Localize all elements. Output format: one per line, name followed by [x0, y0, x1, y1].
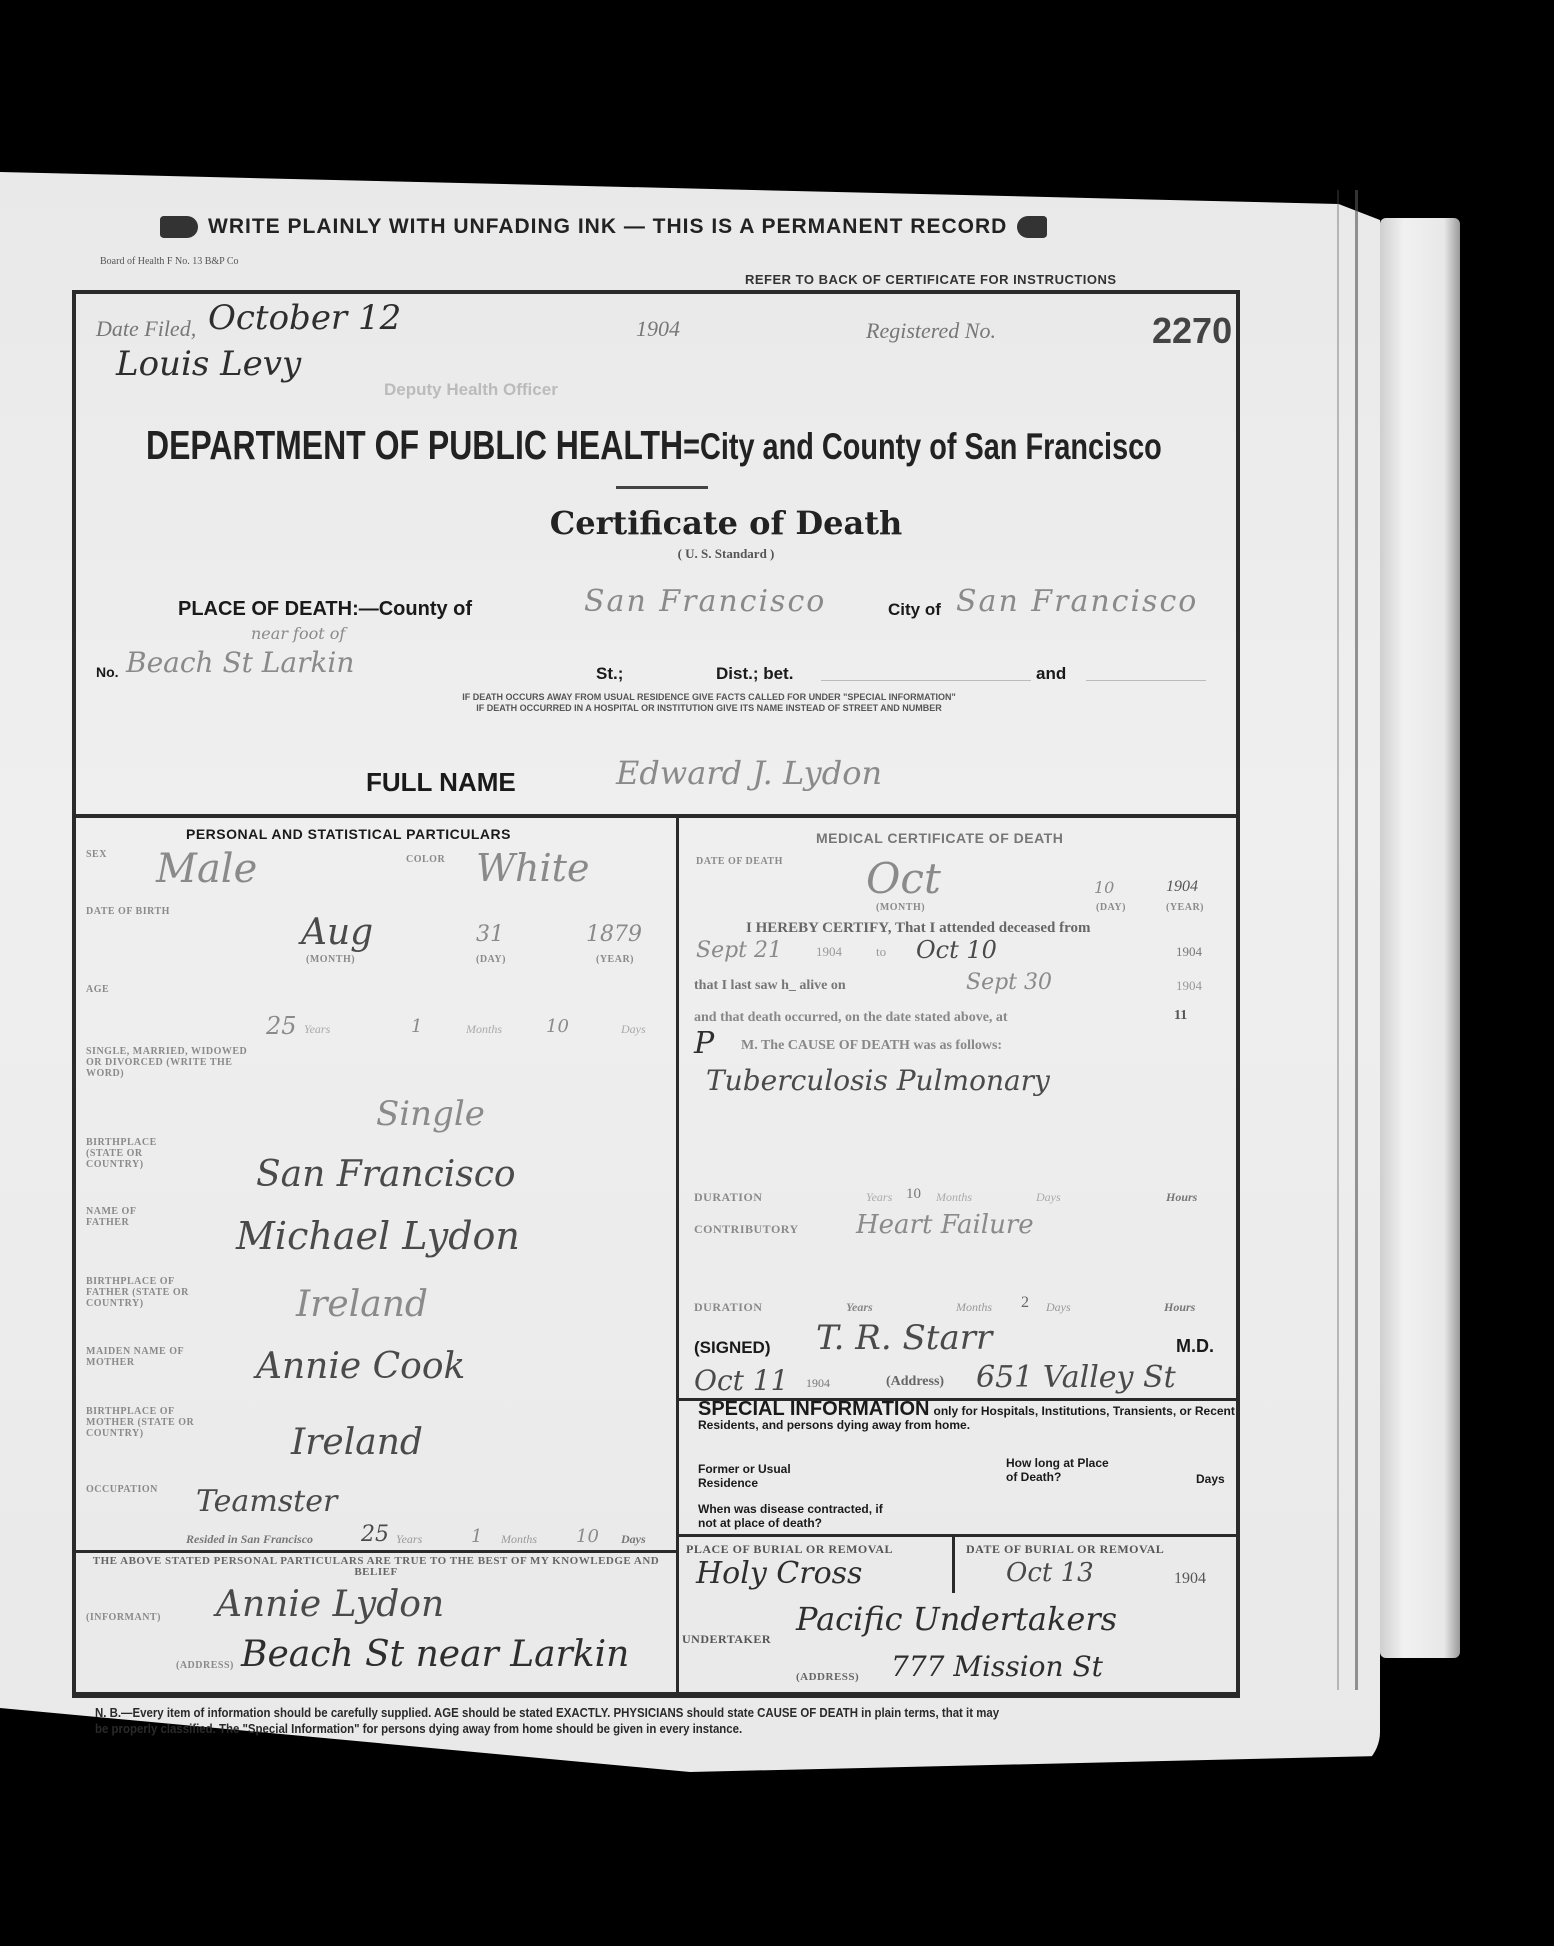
certify-text: I HEREBY CERTIFY, That I attended deceas…: [746, 920, 1091, 937]
undertaker-name: Pacific Undertakers: [796, 1600, 1117, 1638]
duration-value: 10: [906, 1186, 921, 1203]
marital-value: Single: [376, 1094, 485, 1134]
contributory-value: Heart Failure: [856, 1210, 1034, 1240]
pointing-hand-icon: [1017, 216, 1047, 238]
sex-value: Male: [156, 846, 257, 892]
street-value: Beach St Larkin: [126, 646, 354, 679]
age-label: AGE: [86, 984, 109, 995]
undertaker-address: 777 Mission St: [891, 1650, 1103, 1683]
death-day: 10: [1094, 878, 1114, 897]
dob-day: 31: [476, 922, 504, 947]
undertaker-label: UNDERTAKER: [682, 1634, 771, 1645]
officer-signature: Louis Levy: [116, 344, 301, 384]
death-month: Oct: [866, 854, 941, 903]
duration-hours-caption: Hours: [1164, 1300, 1195, 1315]
place-instructions: IF DEATH OCCURS AWAY FROM USUAL RESIDENC…: [234, 692, 1184, 714]
binding-line: [1337, 190, 1339, 1690]
age-days: 10: [546, 1016, 569, 1037]
city-label: City of: [888, 600, 941, 620]
footnote: N. B.—Every item of information should b…: [95, 1705, 1010, 1737]
resided-years: 25: [361, 1522, 389, 1547]
burial-date: Oct 13: [1006, 1558, 1094, 1588]
informant-label: (Informant): [86, 1612, 161, 1623]
divider: [676, 1534, 1240, 1537]
attended-from-year: 1904: [816, 944, 842, 960]
death-date-label: DATE OF DEATH: [696, 856, 783, 867]
medical-heading: MEDICAL CERTIFICATE OF DEATH: [816, 830, 1063, 846]
banner: WRITE PLAINLY WITH UNFADING INK — THIS I…: [160, 215, 1210, 239]
special-heading: SPECIAL INFORMATION: [698, 1398, 929, 1420]
day-caption: (Day): [476, 954, 506, 965]
duration-months-caption: Months: [956, 1300, 992, 1315]
md-label: M.D.: [1176, 1336, 1214, 1357]
duration-value-2: 2: [1021, 1294, 1029, 1312]
duration-years-caption: Years: [866, 1190, 892, 1205]
color-value: White: [476, 846, 589, 890]
divider: [616, 486, 708, 489]
death-hour: 11: [1174, 1008, 1187, 1024]
physician-address-label: (Address): [886, 1374, 944, 1390]
duration-label-2: DURATION: [694, 1302, 762, 1313]
informant-address-label: (Address): [176, 1660, 234, 1671]
signed-label: (SIGNED): [694, 1338, 771, 1358]
duration-days-caption: Days: [1046, 1300, 1071, 1315]
date-filed-value: October 12: [208, 298, 401, 338]
signed-year: 1904: [806, 1376, 830, 1391]
burial-date-label: DATE of BURIAL or REMOVAL: [966, 1544, 1164, 1555]
dob-year: 1879: [586, 922, 642, 947]
officer-title: Deputy Health Officer: [384, 380, 558, 400]
informant-statement: THE ABOVE STATED PERSONAL PARTICULARS AR…: [86, 1556, 666, 1578]
day-caption: (Day): [1096, 902, 1126, 913]
signed-date: Oct 11: [694, 1364, 788, 1397]
contributory-label: CONTRIBUTORY: [694, 1224, 799, 1235]
how-long-label: How long at Place of Death?: [1006, 1456, 1116, 1484]
year-caption: (Year): [596, 954, 634, 965]
age-months-caption: Months: [466, 1022, 502, 1037]
duration-years-caption: Years: [846, 1300, 873, 1315]
instruction-line: IF DEATH OCCURRED IN A HOSPITAL OR INSTI…: [234, 703, 1184, 714]
informant-address: Beach St near Larkin: [241, 1634, 629, 1675]
undertaker-address-label: (Address): [796, 1672, 859, 1683]
certificate-title: Certificate of Death: [476, 504, 976, 542]
department-title: DEPARTMENT OF PUBLIC HEALTH=City and Cou…: [146, 422, 1162, 469]
duration-months-caption: Months: [936, 1190, 972, 1205]
duration-label: DURATION: [694, 1192, 762, 1203]
place-of-death-label: PLACE OF DEATH:—County of: [178, 598, 472, 621]
resided-years-caption: Years: [396, 1532, 422, 1547]
and-line: [1086, 680, 1206, 681]
occupation-label: OCCUPATION: [86, 1484, 158, 1495]
death-time-text: and that death occurred, on the date sta…: [694, 1010, 1008, 1026]
instructions-ref: REFER TO BACK OF CERTIFICATE FOR INSTRUC…: [745, 272, 1117, 287]
attended-to: Oct 10: [916, 936, 997, 964]
to-label: to: [876, 944, 886, 960]
birthplace-value: San Francisco: [256, 1154, 516, 1195]
age-days-caption: Days: [621, 1022, 646, 1037]
informant-name: Annie Lydon: [216, 1584, 444, 1625]
month-caption: (Month): [306, 954, 355, 965]
pointing-hand-icon: [160, 216, 198, 238]
age-years: 25: [266, 1012, 297, 1040]
resided-months-caption: Months: [501, 1532, 537, 1547]
department-name: DEPARTMENT OF PUBLIC HEALTH: [146, 422, 683, 468]
attended-from: Sept 21: [696, 938, 782, 963]
special-info-block: SPECIAL INFORMATION only for Hospitals, …: [698, 1402, 1238, 1432]
father-label: NAME OF FATHER: [86, 1206, 176, 1228]
physician-signature: T. R. Starr: [816, 1318, 992, 1358]
contracted-label: When was disease contracted, if not at p…: [698, 1502, 888, 1530]
and-label: and: [1036, 664, 1066, 684]
form-code: Board of Health F No. 13 B&P Co: [100, 256, 239, 267]
attended-to-year: 1904: [1176, 944, 1202, 960]
dob-label: DATE OF BIRTH: [86, 906, 170, 917]
next-page-edge: [1380, 218, 1460, 1658]
personal-heading: PERSONAL AND STATISTICAL PARTICULARS: [186, 826, 511, 842]
divider: [72, 814, 1240, 818]
mother-value: Annie Cook: [256, 1346, 465, 1387]
mother-label: MAIDEN NAME OF MOTHER: [86, 1346, 196, 1368]
divider: [72, 1550, 676, 1553]
city-value: San Francisco: [956, 584, 1198, 619]
occupation-value: Teamster: [196, 1484, 337, 1519]
divider: [952, 1537, 955, 1593]
sex-label: SEX: [86, 849, 107, 860]
street-note: near foot of: [251, 624, 345, 643]
dob-month: Aug: [301, 912, 373, 953]
binding-line: [1355, 190, 1358, 1690]
last-seen-year: 1904: [1176, 978, 1202, 994]
last-seen: Sept 30: [966, 970, 1052, 995]
instruction-line: IF DEATH OCCURS AWAY FROM USUAL RESIDENC…: [234, 692, 1184, 703]
death-year: 1904: [1166, 878, 1198, 896]
county-value: San Francisco: [584, 584, 826, 619]
age-years-caption: Years: [304, 1022, 330, 1037]
mother-birthplace-label: BIRTHPLACE OF MOTHER (State or Country): [86, 1406, 196, 1439]
resided-days-caption: Days: [621, 1532, 646, 1547]
birthplace-label: BIRTHPLACE (State or Country): [86, 1137, 196, 1170]
age-months: 1: [411, 1016, 422, 1037]
marital-label: SINGLE, MARRIED, WIDOWED OR DIVORCED (Wr…: [86, 1046, 266, 1079]
physician-address: 651 Valley St: [976, 1360, 1176, 1395]
certificate-form: Date Filed, October 12 1904 Registered N…: [72, 290, 1240, 1698]
resided-days: 10: [576, 1526, 599, 1547]
jurisdiction: =City and County of San Francisco: [683, 426, 1162, 467]
registered-label: Registered No.: [866, 318, 996, 344]
full-name-label: FULL NAME: [366, 767, 516, 798]
duration-hours-caption: Hours: [1166, 1190, 1197, 1205]
father-birthplace-label: BIRTHPLACE OF FATHER (State or Country): [86, 1276, 196, 1309]
father-value: Michael Lydon: [236, 1214, 520, 1258]
mother-birthplace-value: Ireland: [291, 1422, 423, 1463]
burial-year: 1904: [1174, 1570, 1206, 1588]
number-label: No.: [96, 664, 119, 680]
burial-place-label: PLACE OF BURIAL OR REMOVAL: [686, 1544, 893, 1555]
district-label: Dist.; bet.: [716, 664, 793, 684]
last-seen-text: that I last saw h_ alive on: [694, 978, 846, 994]
duration-days-caption: Days: [1036, 1190, 1061, 1205]
filing-year: 1904: [636, 316, 680, 342]
cause-text: M. The CAUSE OF DEATH was as follows:: [741, 1038, 1002, 1054]
certificate-standard: ( U. S. Standard ): [476, 546, 976, 562]
resided-months: 1: [471, 1526, 482, 1547]
father-birthplace-value: Ireland: [296, 1284, 428, 1325]
color-label: COLOR: [406, 854, 445, 865]
days-label: Days: [1196, 1472, 1225, 1486]
death-ampm: P: [694, 1026, 714, 1061]
burial-place: Holy Cross: [696, 1556, 862, 1591]
column-divider: [676, 818, 679, 1696]
street-label: St.;: [596, 664, 623, 684]
registered-number: 2270: [1152, 310, 1232, 352]
cause-value: Tuberculosis Pulmonary: [706, 1064, 1050, 1097]
resided-label: Resided in San Francisco: [186, 1532, 313, 1547]
year-caption: (Year): [1166, 902, 1204, 913]
usual-residence-label: Former or Usual Residence: [698, 1462, 798, 1490]
date-filed-label: Date Filed,: [96, 316, 196, 342]
month-caption: (Month): [876, 902, 925, 913]
banner-text: WRITE PLAINLY WITH UNFADING INK — THIS I…: [208, 215, 1007, 239]
district-line: [821, 680, 1031, 681]
full-name-value: Edward J. Lydon: [616, 754, 882, 792]
